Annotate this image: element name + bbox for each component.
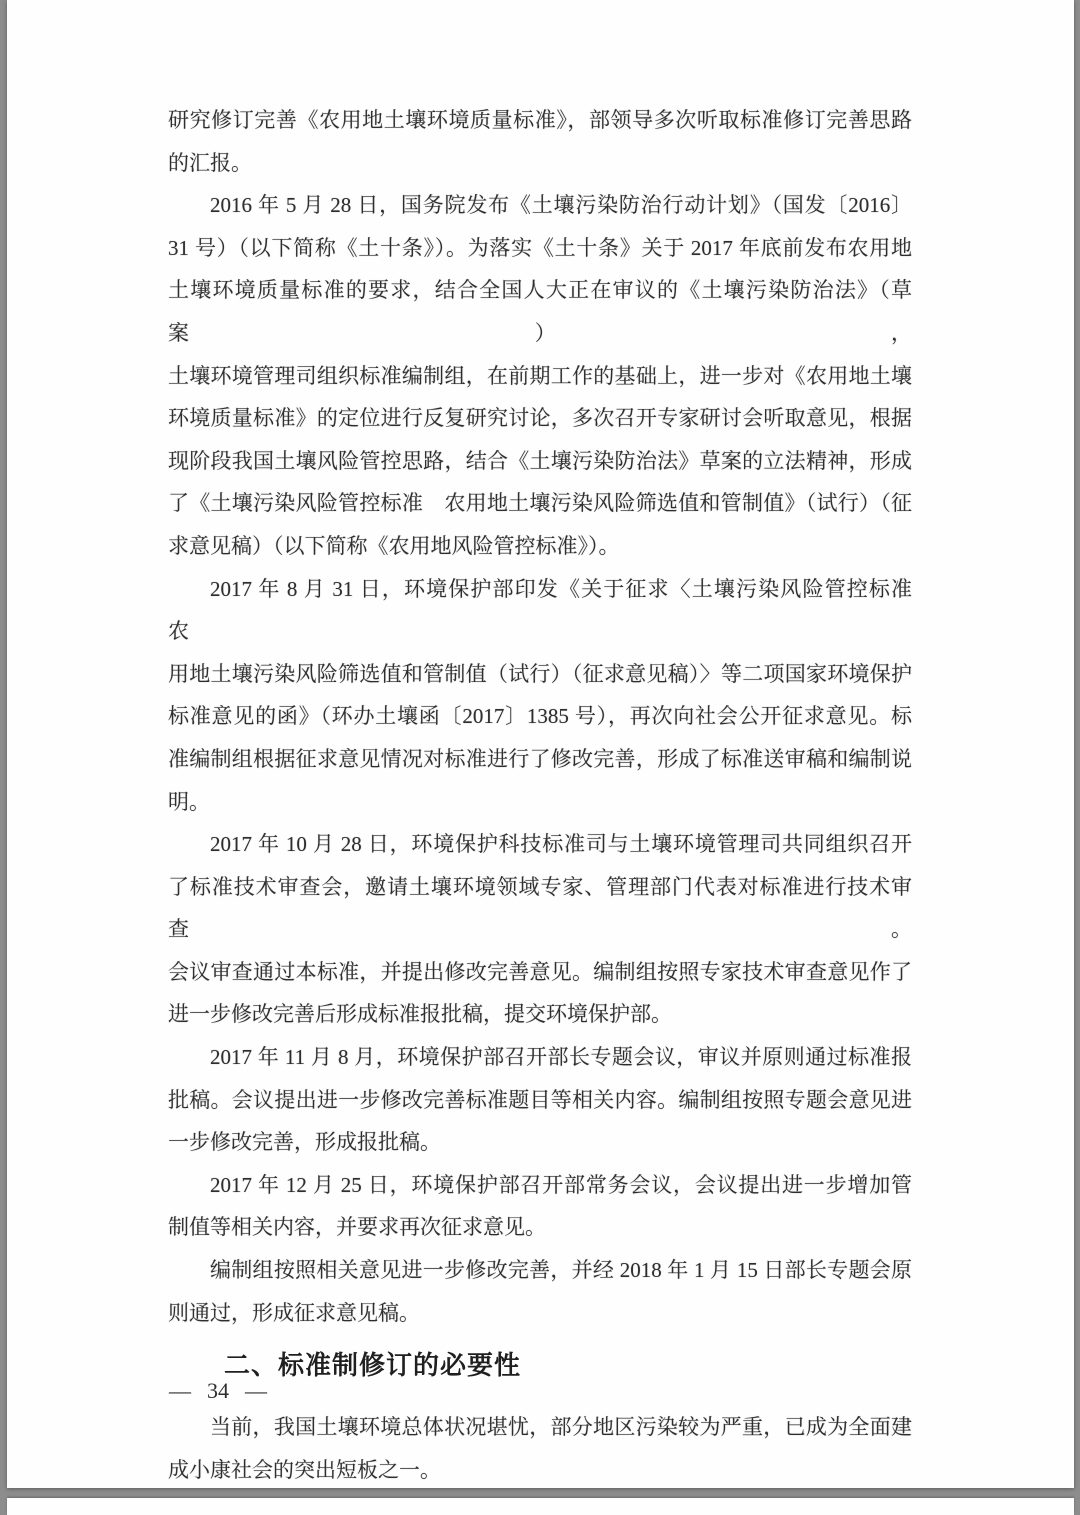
text-line: 则通过，形成征求意见稿。 <box>168 1292 912 1335</box>
text-line: 标准意见的函》（环办土壤函〔2017〕1385 号），再次向社会公开征求意见。标 <box>168 695 912 738</box>
text-line: 2017 年 12 月 25 日，环境保护部召开部常务会议，会议提出进一步增加管 <box>168 1164 912 1207</box>
paragraph: 2017 年 12 月 25 日，环境保护部召开部常务会议，会议提出进一步增加管… <box>168 1164 912 1249</box>
text-line: 制值等相关内容，并要求再次征求意见。 <box>168 1206 912 1249</box>
text-line: 准编制组根据征求意见情况对标准进行了修改完善，形成了标准送审稿和编制说 <box>168 738 912 781</box>
text-line: 一步修改完善，形成报批稿。 <box>168 1121 912 1164</box>
text-line: 2017 年 10 月 28 日，环境保护科技标准司与土壤环境管理司共同组织召开 <box>168 823 912 866</box>
paragraph: 研究修订完善《农用地土壤环境质量标准》，部领导多次听取标准修订完善思路的汇报。 <box>168 99 912 184</box>
text-line: 2017 年 8 月 31 日，环境保护部印发《关于征求〈土壤污染风险管控标准 … <box>168 568 912 653</box>
text-line: 当前，我国土壤环境总体状况堪忧，部分地区污染较为严重，已成为全面建 <box>168 1406 912 1449</box>
text-line: 环境质量标准》的定位进行反复研究讨论，多次召开专家研讨会听取意见，根据 <box>168 397 912 440</box>
text-line: 明。 <box>168 781 912 824</box>
next-page-edge <box>7 1498 1074 1515</box>
text-line: 进一步修改完善后形成标准报批稿，提交环境保护部。 <box>168 993 912 1036</box>
section-heading: 二、标准制修订的必要性 <box>168 1347 912 1383</box>
paragraph: 当前，我国土壤环境总体状况堪忧，部分地区污染较为严重，已成为全面建成小康社会的突… <box>168 1406 912 1491</box>
text-line: 编制组按照相关意见进一步修改完善，并经 2018 年 1 月 15 日部长专题会… <box>168 1249 912 1292</box>
paragraph: 2017 年 11 月 8 月，环境保护部召开部长专题会议，审议并原则通过标准报… <box>168 1036 912 1164</box>
text-line: 现阶段我国土壤风险管控思路，结合《土壤污染防治法》草案的立法精神，形成 <box>168 440 912 483</box>
text-line: 2016 年 5 月 28 日，国务院发布《土壤污染防治行动计划》（国发〔201… <box>168 184 912 227</box>
text-line: 了标准技术审查会，邀请土壤环境领域专家、管理部门代表对标准进行技术审查。 <box>168 866 912 951</box>
footer-dash-left: — <box>169 1376 191 1406</box>
text-line: 求意见稿）（以下简称《农用地风险管控标准》）。 <box>168 525 912 568</box>
document-page: 研究修订完善《农用地土壤环境质量标准》，部领导多次听取标准修订完善思路的汇报。2… <box>7 0 1074 1488</box>
paragraph: 2017 年 10 月 28 日，环境保护科技标准司与土壤环境管理司共同组织召开… <box>168 823 912 1036</box>
text-line: 31 号）（以下简称《土十条》）。为落实《土十条》关于 2017 年底前发布农用… <box>168 227 912 270</box>
document-body: 研究修订完善《农用地土壤环境质量标准》，部领导多次听取标准修订完善思路的汇报。2… <box>168 99 912 1491</box>
paragraph: 2016 年 5 月 28 日，国务院发布《土壤污染防治行动计划》（国发〔201… <box>168 184 912 567</box>
text-line: 的汇报。 <box>168 142 912 185</box>
text-line: 批稿。会议提出进一步修改完善标准题目等相关内容。编制组按照专题会意见进 <box>168 1079 912 1122</box>
footer-dash-right: — <box>245 1376 267 1406</box>
text-line: 2017 年 11 月 8 月，环境保护部召开部长专题会议，审议并原则通过标准报 <box>168 1036 912 1079</box>
text-line: 用地土壤污染风险筛选值和管制值（试行）（征求意见稿）〉等二项国家环境保护 <box>168 653 912 696</box>
page-number-footer: —34— <box>169 1376 267 1406</box>
text-line: 研究修订完善《农用地土壤环境质量标准》，部领导多次听取标准修订完善思路 <box>168 99 912 142</box>
text-line: 土壤环境质量标准的要求，结合全国人大正在审议的《土壤污染防治法》（草案）， <box>168 269 912 354</box>
paragraph: 编制组按照相关意见进一步修改完善，并经 2018 年 1 月 15 日部长专题会… <box>168 1249 912 1334</box>
text-line: 了《土壤污染风险管控标准 农用地土壤污染风险筛选值和管制值》（试行）（征 <box>168 482 912 525</box>
text-line: 会议审查通过本标准，并提出修改完善意见。编制组按照专家技术审查意见作了 <box>168 951 912 994</box>
text-line: 成小康社会的突出短板之一。 <box>168 1449 912 1492</box>
footer-page-number: 34 <box>207 1376 229 1406</box>
text-line: 土壤环境管理司组织标准编制组，在前期工作的基础上，进一步对《农用地土壤 <box>168 355 912 398</box>
paragraph: 2017 年 8 月 31 日，环境保护部印发《关于征求〈土壤污染风险管控标准 … <box>168 568 912 824</box>
